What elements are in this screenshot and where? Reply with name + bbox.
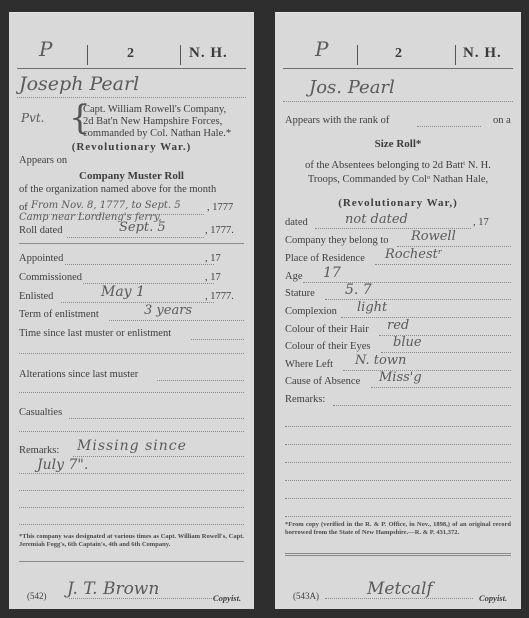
field-line [285,426,511,427]
field-line [341,317,511,318]
divider [19,561,244,562]
footnote: *This company was designated at various … [19,533,244,548]
field-line [285,462,511,463]
header-state: N. H. [463,45,502,62]
field-line [157,380,244,381]
header-letter: P [315,37,328,61]
field-line [191,339,244,340]
header-state: N. H. [189,45,228,62]
header-divider [357,45,358,65]
field-line [19,473,244,474]
signature-line [325,598,473,599]
field-label-company: Company they belong to [285,235,389,246]
form-number: (543A) [293,591,319,601]
field-label-appointed: Appointed [19,253,63,264]
field-line [343,370,511,371]
field-label-hair: Colour of their Hair [285,324,369,335]
appears-rank-label: Appears with the rank of [285,115,389,126]
field-line [19,353,244,354]
field-line [285,480,511,481]
header-divider [87,45,88,65]
field-line [19,524,244,525]
copyist-signature: Metcalf [367,579,433,599]
roll-description-2: Troops, Commanded by Colᵒ Nathan Hale, [275,174,521,185]
field-label-enlisted: Enlisted [19,291,53,302]
field-value-where-left: N. town [355,353,406,368]
field-label-age: Age [285,271,303,282]
field-label-dated: dated [285,217,308,228]
name-line [17,97,246,98]
copyist-signature: J. T. Brown [67,579,159,599]
field-label-residence: Place of Residence [285,253,365,264]
muster-roll-card: P 2 N. H. Joseph Pearl Pvt. { Capt. Will… [9,12,254,609]
field-line [285,498,511,499]
signature-line [69,598,214,599]
field-value-term: 3 years [144,303,192,318]
remarks-line-1: Missing since [77,438,187,454]
roll-description: of the organization named above for the … [19,184,216,195]
header-divider [180,45,181,65]
field-line [19,507,244,508]
field-value-complexion: light [357,300,387,315]
field-line [67,237,204,238]
field-line [325,299,511,300]
field-value-residence: Rochestʳ [385,247,442,262]
field-value-eyes: blue [393,335,422,350]
field-value-enlisted: May 1 [101,284,145,300]
appears-rank-suffix: on a [493,115,511,126]
card-header: P 2 N. H. [17,33,246,69]
roll-dated-label: Roll dated [19,225,62,236]
remarks-label: Remarks: [19,445,59,456]
card-header: P 2 N. H. [283,33,513,69]
remarks-label: Remarks: [285,394,325,405]
field-label-complexion: Complexion [285,306,337,317]
field-line [285,444,511,445]
field-line [73,456,244,457]
field-value-hair: red [387,318,409,333]
field-year: , 17 [205,253,221,264]
war-title: (Revolutionary War.) [9,141,254,153]
header-number: 2 [395,46,402,62]
field-label-term: Term of enlistment [19,309,99,320]
footnote: *From copy (verified in the R. & P. Offi… [285,521,511,536]
size-roll-card: P 2 N. H. Jos. Pearl Appears with the ra… [275,12,521,609]
field-line [109,320,244,321]
field-value-company: Rowell [411,229,456,244]
field-line [19,392,244,393]
casualties-label: Casualties [19,407,62,418]
roll-period-year: , 1777 [207,202,233,213]
field-line [285,516,511,517]
field-year: , 1777. [205,291,234,302]
roll-dated-year: , 1777. [205,225,234,236]
field-label-time-since: Time since last muster or enlistment [19,328,171,339]
field-line [371,387,511,388]
soldier-name: Jos. Pearl [309,77,395,98]
field-line [333,405,511,406]
war-title: (Revolutionary War,) [275,197,521,209]
field-value-age: 17 [323,265,341,281]
unit-line: 2d Bat'n New Hampshire Forces, [83,116,222,127]
copyist-label: Copyist. [213,593,241,603]
field-line [19,431,244,432]
field-value-dated: not dated [345,212,408,227]
field-label-cause-absence: Cause of Absence [285,376,360,387]
roll-description-1: of the Absentees belonging to 2d Battᵗ N… [275,160,521,171]
copyist-label: Copyist. [479,593,507,603]
field-label-stature: Stature [285,288,315,299]
field-line [65,264,214,265]
unit-line: commanded by Col. Nathan Hale.* [83,128,231,139]
soldier-rank: Pvt. [21,111,45,125]
roll-dated-value: Sept. 5 [119,220,166,235]
field-year: , 17 [205,272,221,283]
header-number: 2 [127,46,134,62]
roll-period: From Nov. 8, 1777, to Sept. 5 [31,200,181,211]
field-label-commissioned: Commissioned [19,272,82,283]
field-line [375,264,511,265]
roll-title: Size Roll* [275,138,521,150]
form-number: (542) [27,591,47,601]
field-line [69,418,244,419]
header-letter: P [39,37,52,61]
soldier-name: Joseph Pearl [19,73,139,95]
remarks-line-2: July 7". [37,457,88,473]
double-divider [285,553,511,556]
alterations-label: Alterations since last muster [19,369,138,380]
field-value-stature: 5. 7 [345,282,372,298]
field-label-where-left: Where Left [285,359,333,370]
field-line [303,282,511,283]
field-year: , 17 [473,217,489,228]
roll-title: Company Muster Roll [9,170,254,182]
field-label-eyes: Colour of their Eyes [285,341,370,352]
field-line [19,490,244,491]
header-divider [455,45,456,65]
field-line [417,126,481,127]
name-line [283,101,513,102]
unit-line: Capt. William Rowell's Company, [83,104,226,115]
appears-on-label: Appears on [19,155,67,166]
field-value-cause-absence: Miss'g [379,370,422,385]
divider [19,243,244,244]
